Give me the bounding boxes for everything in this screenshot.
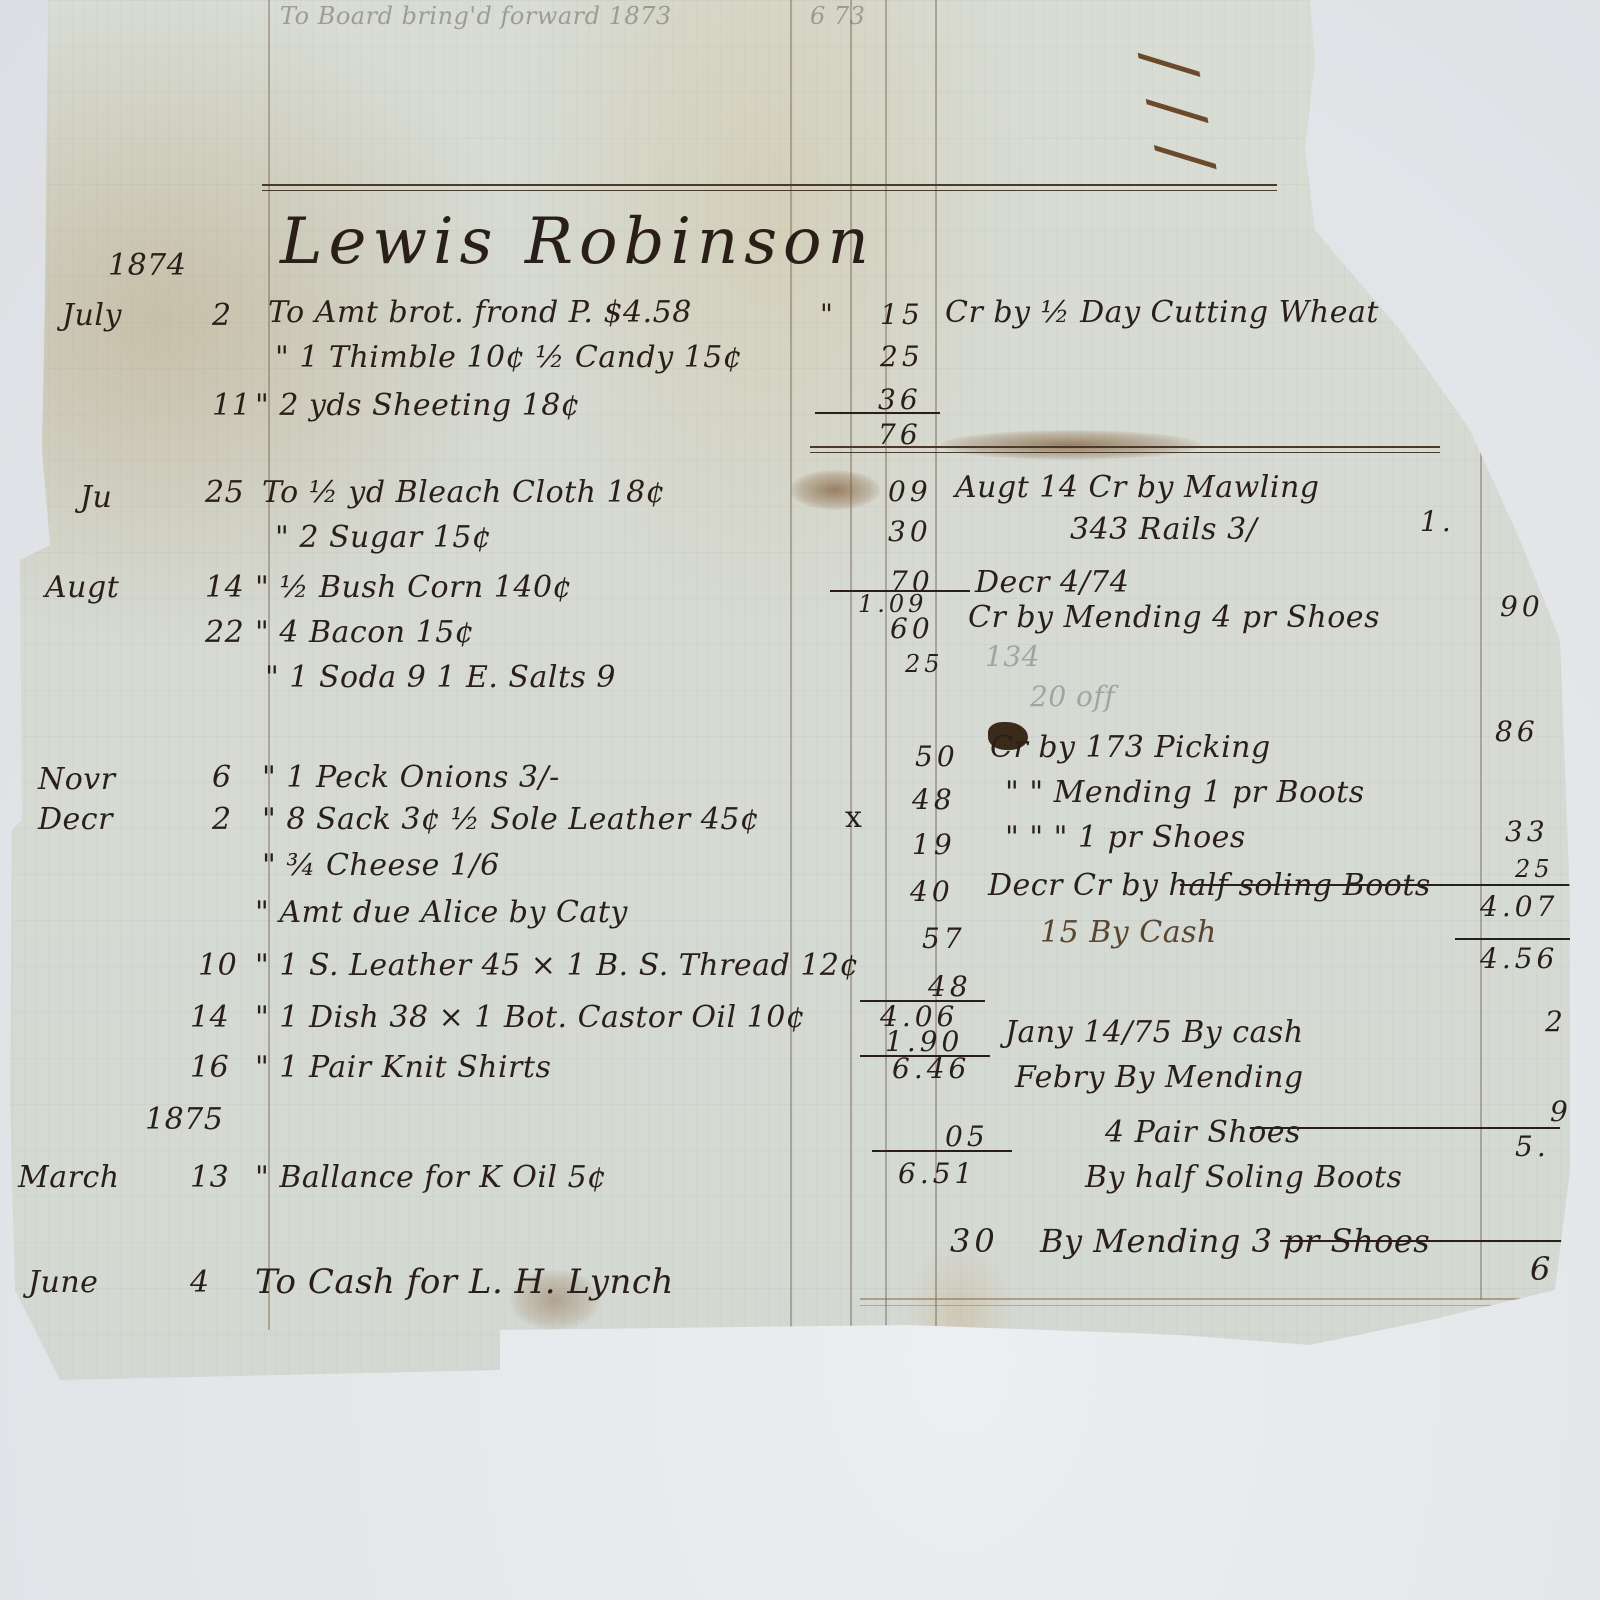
credit-item: Cr by Mending 4 pr Shoes [968,600,1380,635]
credit-amount: 25 [1515,855,1554,883]
month-july-2: Ju [80,480,112,515]
month-march: March [18,1160,120,1195]
header-remnant-text: To Board bring'd forward 1873 [280,2,672,30]
month-june: June [28,1265,98,1300]
credit-amount: 86 [1495,715,1539,748]
debit-amount: 48 [912,783,956,816]
day: 2 [212,802,232,837]
credit-item: Febry By Mending [1015,1060,1304,1095]
debit-item: " Amt due Alice by Caty [255,895,628,930]
debit-item: " ½ Bush Corn 140¢ [255,570,572,605]
header-double-rule-bottom [262,190,1277,191]
water-stain [790,470,880,510]
credit-item: Jany 14/75 By cash [1005,1015,1304,1050]
month-november: Novr [38,762,116,797]
day: 16 [190,1050,229,1085]
day: 13 [190,1160,229,1195]
credit-item: 15 By Cash [1040,915,1217,950]
credit-subtotal-rule [1455,938,1570,940]
day: 2 [212,298,232,333]
column-rule-debit-2 [850,0,852,1330]
pencil-note-line-2: 20 off [1030,680,1115,713]
debit-running-total: 6.46 [892,1052,970,1085]
credit-amount: 2 [1545,1005,1567,1038]
credit-subtotal-rule [1250,1127,1560,1129]
debit-item: " 1 Dish 38 × 1 Bot. Castor Oil 10¢ [255,1000,805,1035]
column-rule-debit-1 [790,0,792,1330]
debit-amount: 60 [890,612,934,645]
debit-amount: 05 [945,1120,989,1153]
credit-running-total: 5. [1515,1130,1550,1163]
debit-item: " 1 S. Leather 45 × 1 B. S. Thread 12¢ [255,948,859,983]
debit-amount: 57 [922,922,966,955]
month-july: July [62,298,122,333]
debit-item: To Cash for L. H. Lynch [255,1262,674,1302]
day: 4 [190,1265,210,1300]
debit-item: To ½ yd Bleach Cloth 18¢ [262,475,665,510]
credit-item: 343 Rails 3/ [1070,512,1257,547]
credit-item: " " Mending 1 pr Boots [1005,775,1365,810]
debit-running-total: 6.51 [898,1157,976,1190]
month-august: Augt [45,570,119,605]
credit-amount: 90 [1500,590,1544,623]
credit-item: Decr 4/74 [975,565,1129,600]
year-1874: 1874 [108,248,186,283]
footer-rule-top [860,1298,1560,1300]
debit-amount: 25 [905,650,944,678]
credit-item: By half Soling Boots [1085,1160,1402,1195]
day: 10 [198,948,237,983]
debit-amount: 40 [910,875,954,908]
debit-item: " 1 Thimble 10¢ ½ Candy 15¢ [275,340,742,375]
debit-item: " 8 Sack 3¢ ½ Sole Leather 45¢ [262,802,760,837]
credit-subtotal-rule [1180,884,1570,886]
account-name-title: Lewis Robinson [280,205,875,279]
credit-item: " " " 1 pr Shoes [1005,820,1246,855]
debit-amount: 48 [928,970,972,1003]
credit-running-total: 4.56 [1480,942,1558,975]
header-double-rule-top [262,184,1277,186]
day: 25 [205,475,244,510]
margin-x-mark: x [845,800,862,835]
column-rule-credit-amount [1480,400,1482,1300]
credit-running-total: 4.07 [1480,890,1558,923]
block-double-rule-top [810,446,1440,448]
credit-item: Cr by 173 Picking [990,730,1271,765]
debit-item: " 2 yds Sheeting 18¢ [255,388,580,423]
year-1875: 1875 [145,1102,223,1137]
debit-amount: 19 [912,828,956,861]
credit-amount: 9 [1550,1095,1572,1128]
debit-amount: 30 [950,1222,999,1260]
debit-amount: 15 [880,298,924,331]
debit-item: " ¾ Cheese 1/6 [262,848,500,883]
debit-item: " 1 Soda 9 1 E. Salts 9 [265,660,616,695]
pencil-note-line-1: 134 [985,640,1040,673]
debit-amount: 09 [888,475,932,508]
debit-item: " Ballance for K Oil 5¢ [255,1160,607,1195]
column-rule-debit-3 [885,0,887,1330]
day: 6 [212,760,232,795]
debit-amount: 25 [880,340,924,373]
credit-amount: 33 [1505,815,1549,848]
debit-amount: 50 [915,740,959,773]
credit-item: 4 Pair Shoes [1105,1115,1301,1150]
month-december: Decr [38,802,113,837]
tally-mark-icon: / / / [1128,46,1229,176]
debit-item: To Amt brot. frond P. $4.58 [268,295,692,330]
day: 22 [205,615,244,650]
header-remnant-amount: 6 73 [810,2,865,30]
credit-amount: 1. [1420,505,1455,538]
subtotal-rule [872,1150,1012,1152]
day: 14 [205,570,244,605]
debit-item: " 4 Bacon 15¢ [255,615,474,650]
debit-amount: 30 [888,515,932,548]
day: 11 [212,388,251,423]
credit-item: Cr by ½ Day Cutting Wheat [945,295,1379,330]
debit-amount: " [820,298,837,331]
ink-stain-rule [940,430,1200,460]
day: 14 [190,1000,229,1035]
footer-rule-bottom [860,1305,1560,1306]
credit-subtotal-rule [1280,1240,1570,1242]
block-double-rule-bottom [810,452,1440,453]
debit-item: " 2 Sugar 15¢ [275,520,492,555]
credit-item: Augt 14 Cr by Mawling [955,470,1320,505]
debit-item: " 1 Pair Knit Shirts [255,1050,551,1085]
debit-item: " 1 Peck Onions 3/- [262,760,560,795]
subtotal-rule [815,412,940,414]
